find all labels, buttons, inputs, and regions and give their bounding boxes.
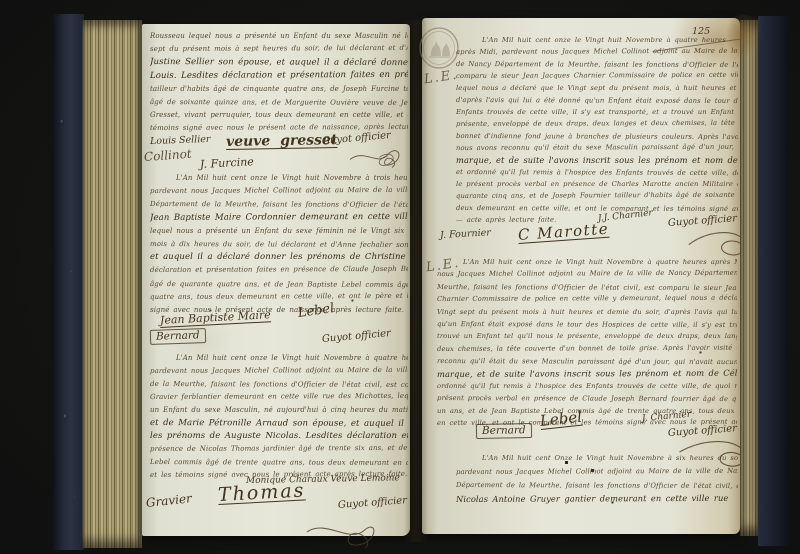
signature-bernard: Bernard bbox=[476, 423, 532, 439]
manuscript-line: quatre ans, tous deux demeurant en cette… bbox=[150, 290, 408, 304]
manuscript-line: Charnier Commissaire de police en cette … bbox=[437, 292, 737, 306]
manuscript-line: lequel nous a déclaré que le Vingt sept … bbox=[456, 82, 738, 94]
foundling-act-entry: L'An Mil huit cent onze le Vingt huit No… bbox=[456, 34, 738, 226]
signature-fournier: J. Fournier bbox=[440, 227, 491, 241]
manuscript-line: mois à dix heures du soir, de lui déclar… bbox=[150, 238, 408, 252]
manuscript-line: Louis. Lesdites déclaration et présentat… bbox=[150, 68, 408, 82]
signature-louis-sellier: Louis Sellier bbox=[150, 134, 211, 147]
manuscript-line: Nicolas Antoine Gruyer gantier demeurant… bbox=[456, 492, 738, 507]
foundling-act-entry: L'An Mil huit cent onze le Vingt huit No… bbox=[437, 256, 737, 430]
manuscript-line: après Midi, pardevant nous Jacques Miche… bbox=[456, 45, 738, 58]
signature-guyot-2: Guyot officier bbox=[322, 328, 392, 345]
manuscript-line: nous avons reconnu qu'il était du sexe M… bbox=[456, 141, 738, 154]
birth-act-entry: L'An Mil huit cent Onze le Vingt huit No… bbox=[456, 452, 738, 506]
manuscript-line: présente, enveloppé de deux draps, deux … bbox=[456, 117, 738, 130]
right-page: L.E. L.E. 125 L'An Mil huit cent onze le… bbox=[422, 18, 740, 534]
signature-bernard: Bernard bbox=[150, 328, 206, 345]
manuscript-line: marque, et de suite l'avons inscrit sous… bbox=[456, 154, 738, 166]
page-edges-left-stack bbox=[82, 20, 142, 548]
manuscript-line: un Enfant du sexe Masculin, né aujourd'h… bbox=[150, 404, 408, 417]
ink-specks bbox=[0, 0, 1, 1]
photograph-background: Rousseau lequel nous a présenté un Enfan… bbox=[0, 0, 800, 554]
signature-thomas: Thomas bbox=[217, 479, 305, 506]
revenue-stamp-icon bbox=[418, 26, 460, 72]
page-edges-right-stack bbox=[740, 20, 758, 536]
signature-furcine: J. Furcine bbox=[200, 155, 254, 171]
manuscript-line: lequel nous a présenté un Enfant du sexe… bbox=[150, 225, 408, 238]
manuscript-line: comparu le sieur Jean Jacques Charnier C… bbox=[456, 69, 738, 82]
manuscript-line: nous Jacques Michel Collinot adjoint au … bbox=[437, 267, 737, 281]
birth-act-entry: L'An Mil huit cent onze le Vingt huit No… bbox=[150, 352, 408, 482]
manuscript-line: présence de Nicolas Thomas jardinier âgé… bbox=[150, 442, 408, 456]
left-page: Rousseau lequel nous a présenté un Enfan… bbox=[142, 24, 410, 536]
manuscript-line: pardevant nous Jacques Michel Collinot a… bbox=[150, 364, 408, 378]
manuscript-line: quarante cinq ans, et de Joseph Fournier… bbox=[456, 189, 738, 202]
manuscript-line: Jean Baptiste Maire Cordonnier demeurant… bbox=[150, 210, 408, 224]
margin-initials-mark: L.E. bbox=[423, 68, 459, 88]
birth-act-entry: Rousseau lequel nous a présenté un Enfan… bbox=[150, 30, 408, 136]
book-cover-right-edge bbox=[758, 16, 788, 546]
manuscript-line: et de Marie Pétronille Arnaud son épouse… bbox=[150, 417, 408, 431]
manuscript-line: pardevant nous Jacques Michel Collinot a… bbox=[456, 464, 738, 479]
book-cover-left-edge bbox=[52, 14, 84, 550]
signature-flourish bbox=[282, 510, 402, 554]
manuscript-line: marque, et de suite l'avons inscrit sous… bbox=[437, 366, 737, 380]
manuscript-line: pardevant nous Jacques Michel Collinot a… bbox=[150, 184, 408, 198]
manuscript-line: tailleur d'habits âgé de cinquante quatr… bbox=[150, 83, 408, 96]
manuscript-line: ordonné qu'il fut remis à l'hospice des … bbox=[437, 380, 737, 392]
birth-act-entry: L'An Mil huit cent onze le Vingt huit No… bbox=[150, 172, 408, 317]
manuscript-line: déclaration et présentation faites en pr… bbox=[150, 263, 408, 277]
manuscript-line: Gravier ferblantier demeurant en cette v… bbox=[150, 390, 408, 404]
signature-gravier: Gravier bbox=[145, 491, 192, 510]
manuscript-line: âgé de soixante quinze ans, et de Margue… bbox=[150, 96, 408, 110]
manuscript-line: sept du présent mois à sept heures du so… bbox=[150, 42, 408, 56]
manuscript-line: deux chemises, la tête couverte d'un bon… bbox=[437, 342, 737, 356]
signature-veuve-gresset: veuve gresset bbox=[226, 132, 338, 150]
signature-guyot-3: Guyot officier bbox=[338, 495, 408, 511]
signature-collinot-paraph: Collinot bbox=[144, 147, 193, 164]
manuscript-line: Vingt sept du présent mois à huit heures… bbox=[437, 306, 737, 318]
manuscript-line: L'An Mil huit cent Onze le Vingt huit No… bbox=[456, 452, 738, 466]
